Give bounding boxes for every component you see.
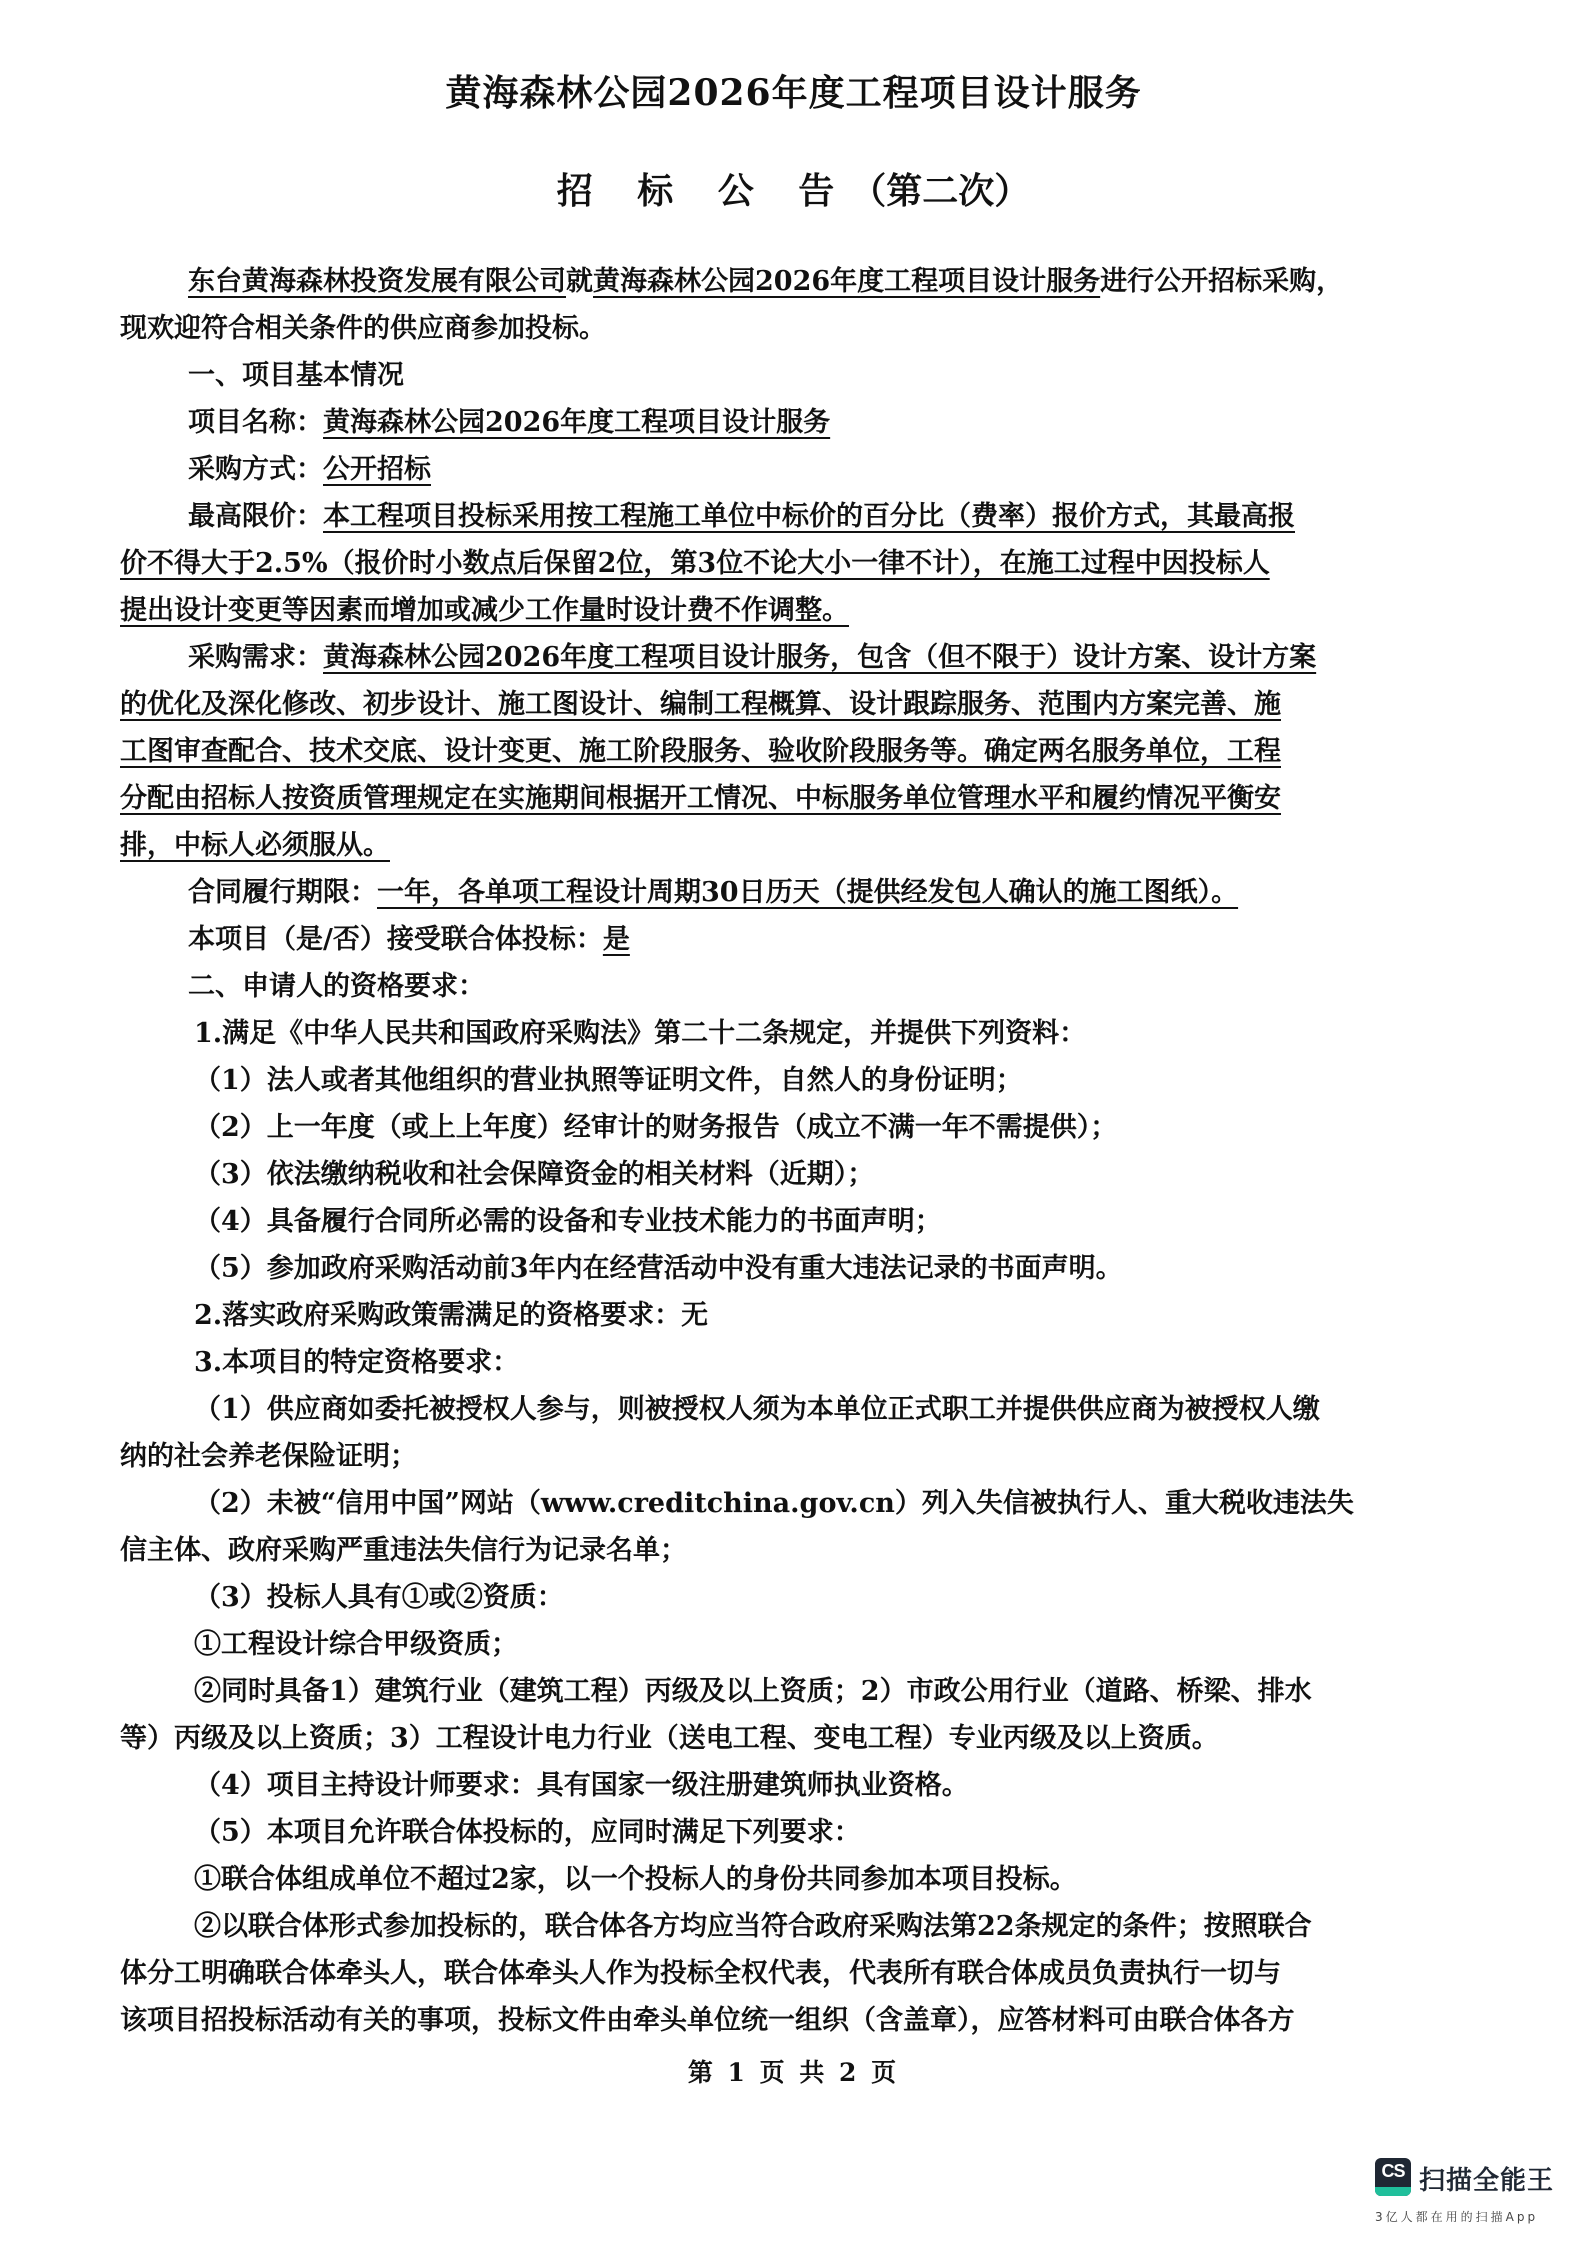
max-price-line-3-row: 提出设计变更等因素而增加或减少工作量时设计费不作调整。 xyxy=(120,587,1500,634)
consortium-row: 本项目（是/否）接受联合体投标：是 xyxy=(180,916,1500,963)
intro-line-2: 现欢迎符合相关条件的供应商参加投标。 xyxy=(120,305,1500,352)
method-label: 采购方式： xyxy=(188,454,323,485)
demand-line-3-row: 工图审查配合、技术交底、设计变更、施工阶段服务、验收阶段服务等。确定两名服务单位… xyxy=(120,728,1500,775)
demand-line-4: 分配由招标人按资质管理规定在实施期间根据开工情况、中标服务单位管理水平和履约情况… xyxy=(120,783,1281,814)
intro-mid: 就 xyxy=(566,266,593,297)
req1-item-2: （2）上一年度（或上上年度）经审计的财务报告（成立不满一年不需提供）； xyxy=(180,1104,1500,1151)
req3-line-5: （3）投标人具有①或②资质： xyxy=(180,1574,1500,1621)
req2: 2.落实政府采购政策需满足的资格要求：无 xyxy=(180,1292,1500,1339)
max-price-line-1: 本工程项目投标采用按工程施工单位中标价的百分比（费率）报价方式，其最高报 xyxy=(323,501,1295,532)
project-name-row: 项目名称：黄海森林公园2026年度工程项目设计服务 xyxy=(180,399,1500,446)
demand-line-4-row: 分配由招标人按资质管理规定在实施期间根据开工情况、中标服务单位管理水平和履约情况… xyxy=(120,775,1500,822)
max-price-line-3: 提出设计变更等因素而增加或减少工作量时设计费不作调整。 xyxy=(120,595,849,626)
req3: 3.本项目的特定资格要求： xyxy=(180,1339,1500,1386)
demand-row: 采购需求：黄海森林公园2026年度工程项目设计服务，包含（但不限于）设计方案、设… xyxy=(180,634,1500,681)
section2-heading: 二、申请人的资格要求： xyxy=(180,963,1500,1010)
method-value: 公开招标 xyxy=(323,454,431,485)
req3-line-7: ②同时具备1）建筑行业（建筑工程）丙级及以上资质；2）市政公用行业（道路、桥梁、… xyxy=(180,1668,1500,1715)
document-subtitle: 招 标 公 告（第二次） xyxy=(0,166,1587,216)
req1-item-3: （3）依法缴纳税收和社会保障资金的相关材料（近期）； xyxy=(180,1151,1500,1198)
req3-line-10: （5）本项目允许联合体投标的，应同时满足下列要求： xyxy=(180,1809,1500,1856)
req3-line-6: ①工程设计综合甲级资质； xyxy=(180,1621,1500,1668)
demand-line-5-row: 排，中标人必须服从。 xyxy=(120,822,1500,869)
intro-project: 黄海森林公园2026年度工程项目设计服务 xyxy=(593,266,1100,297)
max-price-row: 最高限价：本工程项目投标采用按工程施工单位中标价的百分比（费率）报价方式，其最高… xyxy=(180,493,1500,540)
req1-item-1: （1）法人或者其他组织的营业执照等证明文件，自然人的身份证明； xyxy=(180,1057,1500,1104)
demand-line-1: 黄海森林公园2026年度工程项目设计服务，包含（但不限于）设计方案、设计方案 xyxy=(323,642,1316,673)
term-row: 合同履行期限：一年，各单项工程设计周期30日历天（提供经发包人确认的施工图纸）。 xyxy=(180,869,1500,916)
req3-line-1: （1）供应商如委托被授权人参与，则被授权人须为本单位正式职工并提供供应商为被授权… xyxy=(180,1386,1500,1433)
app-name: 扫描全能王 xyxy=(1419,2160,1554,2197)
req3-line-13: 体分工明确联合体牵头人，联合体牵头人作为投标全权代表，代表所有联合体成员负责执行… xyxy=(120,1950,1500,1997)
section1-heading: 一、项目基本情况 xyxy=(180,352,1500,399)
camscanner-watermark: CS 扫描全能王 3亿人都在用的扫描App xyxy=(1375,2158,1585,2238)
logo-green-band xyxy=(1375,2187,1411,2196)
logo-cs-text: CS xyxy=(1375,2161,1411,2182)
max-price-line-2: 价不得大于2.5%（报价时小数点后保留2位，第3位不论大小一律不计），在施工过程… xyxy=(120,548,1270,579)
req3-line-11: ①联合体组成单位不超过2家，以一个投标人的身份共同参加本项目投标。 xyxy=(180,1856,1500,1903)
document-body: 东台黄海森林投资发展有限公司就黄海森林公园2026年度工程项目设计服务进行公开招… xyxy=(180,258,1500,2044)
req1-item-5: （5）参加政府采购活动前3年内在经营活动中没有重大违法记录的书面声明。 xyxy=(180,1245,1500,1292)
max-price-line-2-row: 价不得大于2.5%（报价时小数点后保留2位，第3位不论大小一律不计），在施工过程… xyxy=(120,540,1500,587)
subtitle-main: 招 标 公 告 xyxy=(557,170,851,212)
camscanner-logo-icon: CS xyxy=(1375,2158,1411,2196)
intro-line-1: 东台黄海森林投资发展有限公司就黄海森林公园2026年度工程项目设计服务进行公开招… xyxy=(180,258,1500,305)
req3-line-14: 该项目招投标活动有关的事项，投标文件由牵头单位统一组织（含盖章），应答材料可由联… xyxy=(120,1997,1500,2044)
document-page: 黄海森林公园2026年度工程项目设计服务 招 标 公 告（第二次） 东台黄海森林… xyxy=(0,0,1587,2245)
intro-tail: 进行公开招标采购， xyxy=(1100,266,1343,297)
method-row: 采购方式：公开招标 xyxy=(180,446,1500,493)
demand-line-2-row: 的优化及深化修改、初步设计、施工图设计、编制工程概算、设计跟踪服务、范围内方案完… xyxy=(120,681,1500,728)
project-name-label: 项目名称： xyxy=(188,407,323,438)
demand-label: 采购需求： xyxy=(188,642,323,673)
req3-line-9: （4）项目主持设计师要求：具有国家一级注册建筑师执业资格。 xyxy=(180,1762,1500,1809)
intro-org: 东台黄海森林投资发展有限公司 xyxy=(188,266,566,297)
req1-item-4: （4）具备履行合同所必需的设备和专业技术能力的书面声明； xyxy=(180,1198,1500,1245)
term-value: 一年，各单项工程设计周期30日历天（提供经发包人确认的施工图纸）。 xyxy=(377,877,1238,908)
consortium-label: 本项目（是/否）接受联合体投标： xyxy=(188,924,603,955)
max-price-label: 最高限价： xyxy=(188,501,323,532)
term-label: 合同履行期限： xyxy=(188,877,377,908)
req3-line-3: （2）未被“信用中国”网站（www.creditchina.gov.cn）列入失… xyxy=(180,1480,1500,1527)
demand-line-2: 的优化及深化修改、初步设计、施工图设计、编制工程概算、设计跟踪服务、范围内方案完… xyxy=(120,689,1281,720)
document-title: 黄海森林公园2026年度工程项目设计服务 xyxy=(0,68,1587,118)
subtitle-suffix: （第二次） xyxy=(850,170,1030,212)
page-number: 第 1 页 共 2 页 xyxy=(0,2053,1587,2089)
app-tagline: 3亿人都在用的扫描App xyxy=(1375,2208,1538,2225)
req1: 1.满足《中华人民共和国政府采购法》第二十二条规定，并提供下列资料： xyxy=(180,1010,1500,1057)
req3-line-8: 等）丙级及以上资质；3）工程设计电力行业（送电工程、变电工程）专业丙级及以上资质… xyxy=(120,1715,1500,1762)
demand-line-3: 工图审查配合、技术交底、设计变更、施工阶段服务、验收阶段服务等。确定两名服务单位… xyxy=(120,736,1281,767)
demand-line-5: 排，中标人必须服从。 xyxy=(120,830,390,861)
req3-line-4: 信主体、政府采购严重违法失信行为记录名单； xyxy=(120,1527,1500,1574)
consortium-value: 是 xyxy=(603,924,630,955)
project-name-value: 黄海森林公园2026年度工程项目设计服务 xyxy=(323,407,830,438)
req3-line-12: ②以联合体形式参加投标的，联合体各方均应当符合政府采购法第22条规定的条件；按照… xyxy=(180,1903,1500,1950)
req3-line-2: 纳的社会养老保险证明； xyxy=(120,1433,1500,1480)
